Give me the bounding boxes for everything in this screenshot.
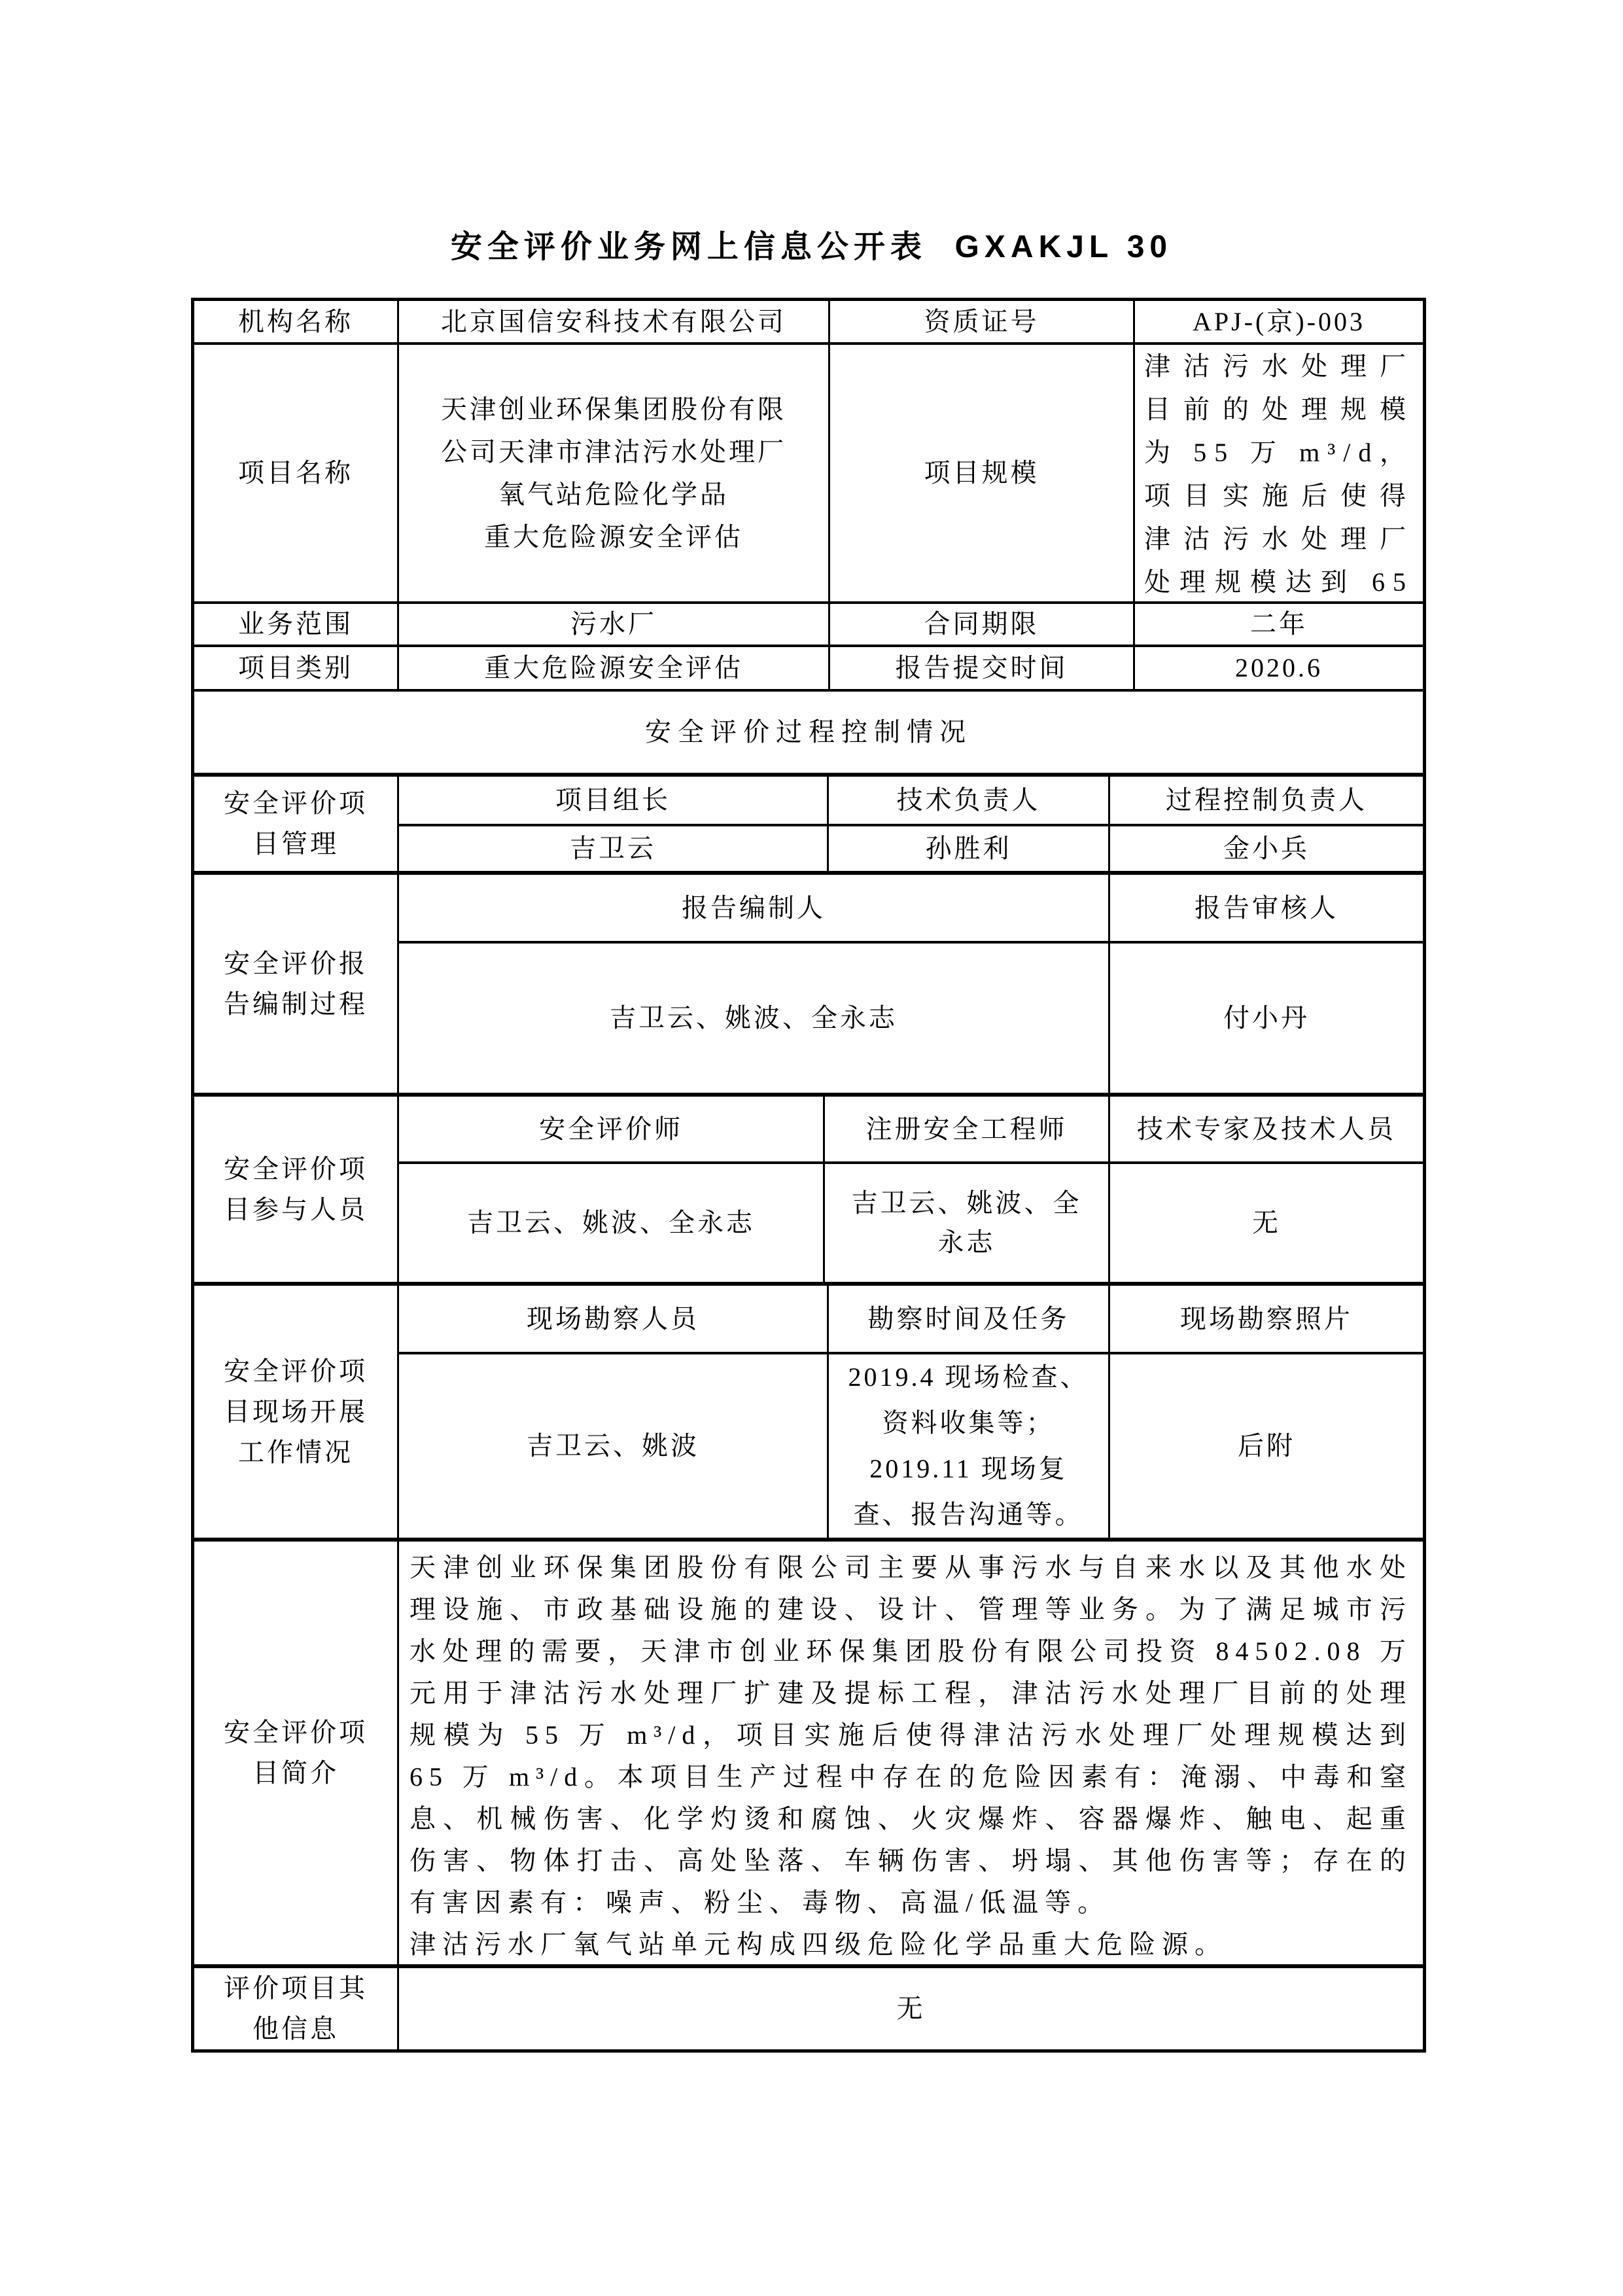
report-writer-value: 吉卫云、姚波、全永志 (399, 944, 1110, 1093)
registered-engineer-header: 注册安全工程师 (825, 1097, 1110, 1164)
contract-term-label-cell: 合同期限 (830, 604, 1135, 647)
tech-expert-header: 技术专家及技术人员 (1110, 1097, 1423, 1164)
section-management: 安全评价项 目管理 项目组长 技术负责人 过程控制负责人 吉卫云 孙胜利 金小兵 (194, 773, 1423, 871)
registered-engineer-value: 吉卫云、姚波、全 永志 (825, 1164, 1110, 1282)
tech-lead-header: 技术负责人 (829, 777, 1110, 826)
process-control-banner: 安全评价过程控制情况 (194, 692, 1423, 773)
other-info-value: 无 (399, 1968, 1423, 2049)
project-scale-label-cell: 项目规模 (830, 345, 1135, 604)
business-scope-value-cell: 污水厂 (399, 604, 830, 647)
intro-text-cell: 天津创业环保集团股份有限公司主要从事污水与自来水以及其他水处理设施、市政基础设施… (399, 1542, 1423, 1964)
section-participants: 安全评价项 目参与人员 安全评价师 注册安全工程师 技术专家及技术人员 吉卫云、… (194, 1093, 1423, 1282)
report-reviewer-value: 付小丹 (1110, 944, 1423, 1093)
intro-row-label: 安全评价项 目简介 (194, 1542, 399, 1964)
business-scope-label-cell: 业务范围 (194, 604, 399, 647)
section-compilation: 安全评价报 告编制过程 报告编制人 报告审核人 吉卫云、姚波、全永志 付小丹 (194, 871, 1423, 1093)
section-introduction: 安全评价项 目简介 天津创业环保集团股份有限公司主要从事污水与自来水以及其他水处… (194, 1538, 1423, 1964)
project-name-value-cell: 天津创业环保集团股份有限 公司天津市津沽污水处理厂 氧气站危险化学品 重大危险源… (399, 345, 830, 604)
cert-no-value-cell: APJ-(京)-003 (1135, 301, 1423, 345)
report-time-value-cell: 2020.6 (1135, 647, 1423, 692)
section-site-work: 安全评价项 目现场开展 工作情况 现场勘察人员 勘察时间及任务 现场勘察照片 吉… (194, 1282, 1423, 1538)
survey-time-task-header: 勘察时间及任务 (829, 1286, 1110, 1354)
participants-row-label: 安全评价项 目参与人员 (194, 1097, 399, 1282)
surveyor-header: 现场勘察人员 (399, 1286, 829, 1354)
survey-photo-value: 后附 (1110, 1354, 1423, 1538)
project-name-label-cell: 项目名称 (194, 345, 399, 604)
document-page: 安全评价业务网上信息公开表 GXAKJL 30 机构名称 北京国信安科技术有限公… (0, 0, 1623, 2296)
project-category-value-cell: 重大危险源安全评估 (399, 647, 830, 692)
contract-term-value-cell: 二年 (1135, 604, 1423, 647)
intro-paragraph-2: 津沽污水厂氧气站单元构成四级危险化学品重大危险源。 (410, 1924, 1412, 1964)
section-other-info: 评价项目其 他信息 无 (194, 1964, 1423, 2049)
project-category-label-cell: 项目类别 (194, 647, 399, 692)
safety-evaluator-header: 安全评价师 (399, 1097, 825, 1164)
compilation-row-label: 安全评价报 告编制过程 (194, 875, 399, 1093)
survey-time-task-value: 2019.4 现场检查、 资料收集等； 2019.11 现场复 查、报告沟通等。 (829, 1354, 1110, 1538)
team-leader-header: 项目组长 (399, 777, 829, 826)
process-control-lead-value: 金小兵 (1110, 826, 1423, 871)
tech-expert-value: 无 (1110, 1164, 1423, 1282)
survey-photo-header: 现场勘察照片 (1110, 1286, 1423, 1354)
project-scale-value-cell: 津沽污水处理厂目前的处理规模为 55 万 m³/d，项目实施后使得津沽污水处理厂… (1135, 345, 1423, 604)
org-name-label-cell: 机构名称 (194, 301, 399, 345)
section-basic-info: 机构名称 北京国信安科技术有限公司 资质证号 APJ-(京)-003 项目名称 … (194, 301, 1423, 773)
disclosure-table: 机构名称 北京国信安科技术有限公司 资质证号 APJ-(京)-003 项目名称 … (191, 298, 1426, 2053)
tech-lead-value: 孙胜利 (829, 826, 1110, 871)
report-writer-header: 报告编制人 (399, 875, 1110, 944)
intro-paragraph-1: 天津创业环保集团股份有限公司主要从事污水与自来水以及其他水处理设施、市政基础设施… (410, 1547, 1412, 1924)
process-control-lead-header: 过程控制负责人 (1110, 777, 1423, 826)
org-name-value-cell: 北京国信安科技术有限公司 (399, 301, 830, 345)
team-leader-value: 吉卫云 (399, 826, 829, 871)
surveyor-value: 吉卫云、姚波 (399, 1354, 829, 1538)
report-time-label-cell: 报告提交时间 (830, 647, 1135, 692)
safety-evaluator-value: 吉卫云、姚波、全永志 (399, 1164, 825, 1282)
page-title: 安全评价业务网上信息公开表 GXAKJL 30 (0, 221, 1623, 266)
management-row-label: 安全评价项 目管理 (194, 777, 399, 871)
report-reviewer-header: 报告审核人 (1110, 875, 1423, 944)
other-info-row-label: 评价项目其 他信息 (194, 1968, 399, 2049)
site-work-row-label: 安全评价项 目现场开展 工作情况 (194, 1286, 399, 1538)
cert-no-label-cell: 资质证号 (830, 301, 1135, 345)
